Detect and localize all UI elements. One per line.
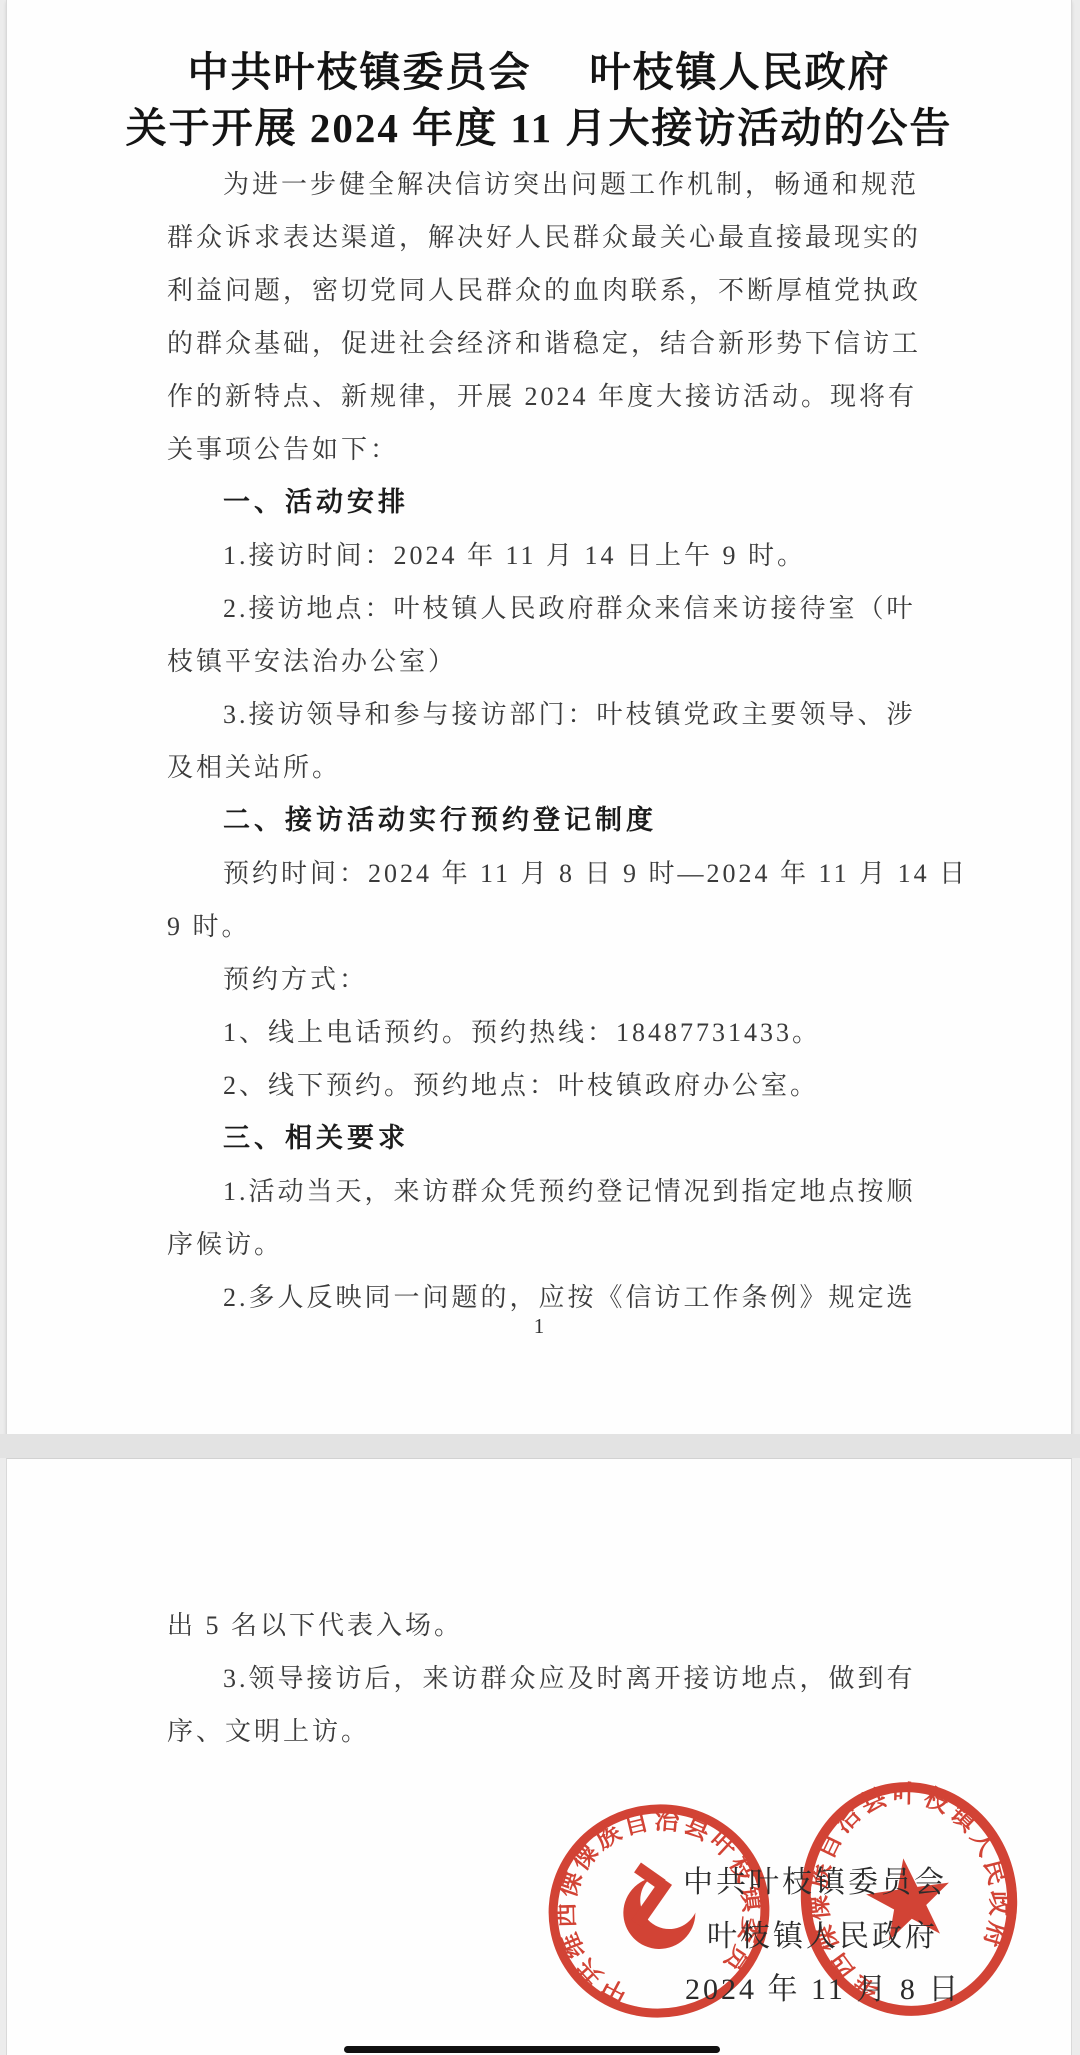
section-heading-3: 三、相关要求	[167, 1112, 927, 1165]
page-1: 中共叶枝镇委员会叶枝镇人民政府 关于开展 2024 年度 11 月大接访活动的公…	[6, 0, 1072, 1435]
body-line: 为进一步健全解决信访突出问题工作机制，畅通和规范	[167, 158, 927, 211]
body-line: 出 5 名以下代表入场。	[167, 1599, 927, 1652]
signature-org-1: 中共叶枝镇委员会	[683, 1857, 947, 1901]
body-line: 预约方式：	[167, 953, 927, 1006]
body-line: 及相关站所。	[167, 741, 927, 794]
document-viewer[interactable]: 中共叶枝镇委员会叶枝镇人民政府 关于开展 2024 年度 11 月大接访活动的公…	[0, 0, 1080, 2055]
body-line: 9 时。	[167, 900, 927, 953]
body-line: 群众诉求表达渠道，解决好人民群众最关心最直接最现实的	[167, 211, 927, 264]
page-number: 1	[7, 1314, 1071, 1339]
body-line: 3.接访领导和参与接访部门：叶枝镇党政主要领导、涉	[167, 688, 927, 741]
body-line: 的群众基础，促进社会经济和谐稳定，结合新形势下信访工	[167, 317, 927, 370]
body-line: 3.领导接访后，来访群众应及时离开接访地点，做到有	[167, 1652, 927, 1705]
body-line: 1、线上电话预约。预约热线：18487731433。	[167, 1006, 927, 1059]
body-line: 利益问题，密切党同人民群众的血肉联系，不断厚植党执政	[167, 264, 927, 317]
title-line-1: 中共叶枝镇委员会叶枝镇人民政府	[7, 44, 1071, 100]
home-indicator-bar[interactable]	[344, 2046, 720, 2053]
body-line: 作的新特点、新规律，开展 2024 年度大接访活动。现将有	[167, 370, 927, 423]
title-org-1: 中共叶枝镇委员会	[188, 49, 532, 95]
body-line: 1.接访时间：2024 年 11 月 14 日上午 9 时。	[167, 529, 927, 582]
page1-body: 为进一步健全解决信访突出问题工作机制，畅通和规范 群众诉求表达渠道，解决好人民群…	[167, 158, 927, 1324]
signature-date: 2024 年 11 月 8 日	[685, 1964, 961, 2008]
section-heading-1: 一、活动安排	[167, 476, 927, 529]
body-line: 序、文明上访。	[167, 1705, 927, 1758]
body-line: 关事项公告如下：	[167, 423, 927, 476]
body-line: 序候访。	[167, 1218, 927, 1271]
body-line: 枝镇平安法治办公室）	[167, 635, 927, 688]
document-title: 中共叶枝镇委员会叶枝镇人民政府 关于开展 2024 年度 11 月大接访活动的公…	[7, 44, 1071, 156]
title-line-2: 关于开展 2024 年度 11 月大接访活动的公告	[7, 100, 1071, 156]
body-line: 2、线下预约。预约地点：叶枝镇政府办公室。	[167, 1059, 927, 1112]
section-heading-2: 二、接访活动实行预约登记制度	[167, 794, 927, 847]
body-line: 1.活动当天，来访群众凭预约登记情况到指定地点按顺	[167, 1165, 927, 1218]
signature-org-2: 叶枝镇人民政府	[707, 1911, 938, 1955]
page2-body: 出 5 名以下代表入场。 3.领导接访后，来访群众应及时离开接访地点，做到有 序…	[167, 1599, 927, 1758]
page-2: 出 5 名以下代表入场。 3.领导接访后，来访群众应及时离开接访地点，做到有 序…	[6, 1458, 1072, 2055]
title-org-2: 叶枝镇人民政府	[590, 49, 891, 95]
page-separator	[0, 1434, 1080, 1458]
body-line: 2.接访地点：叶枝镇人民政府群众来信来访接待室（叶	[167, 582, 927, 635]
body-line: 预约时间：2024 年 11 月 8 日 9 时—2024 年 11 月 14 …	[167, 847, 927, 900]
